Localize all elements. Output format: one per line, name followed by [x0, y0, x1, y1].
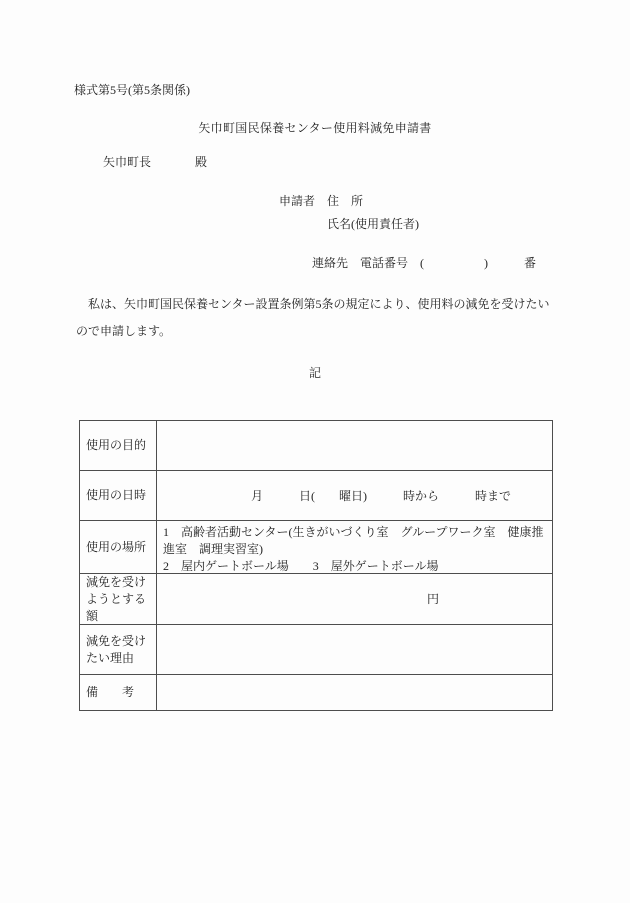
table-row-datetime: 使用の日時 月 日( 曜日) 時から 時まで: [80, 470, 552, 520]
row-label-datetime: 使用の日時: [80, 471, 157, 520]
form-number: 様式第5号(第5条関係): [74, 83, 190, 97]
table-row-place: 使用の場所 1 高齢者活動センター(生きがいづくり室 グループワーク室 健康推 …: [80, 520, 552, 573]
document-page: 様式第5号(第5条関係) 矢巾町国民保養センター使用料減免申請書 矢巾町長殿 申…: [0, 0, 630, 903]
row-label-remarks: 備 考: [80, 675, 157, 710]
row-label-text: 減免を受け: [86, 574, 156, 591]
addressee-name: 矢巾町長: [103, 155, 151, 169]
table-row-reason: 減免を受け たい理由: [80, 624, 552, 674]
record-mark: 記: [0, 366, 630, 380]
row-label-text: ようとする: [86, 591, 156, 608]
row-label-text: 備 考: [86, 684, 156, 701]
body-paragraph-line1: 私は、矢巾町国民保養センター設置条例第5条の規定により、使用料の減免を受けたい: [76, 297, 550, 311]
row-value-remarks: [157, 675, 552, 710]
row-value-reason: [157, 625, 552, 674]
row-label-text: 減免を受け: [86, 633, 156, 650]
row-value-place: 1 高齢者活動センター(生きがいづくり室 グループワーク室 健康推 進室 調理実…: [157, 521, 552, 573]
applicant-contact-label: 連絡先 電話番号 ( ) 番: [312, 256, 536, 270]
row-label-text: たい理由: [86, 650, 156, 667]
body-paragraph-line2: ので申請します。: [76, 324, 171, 338]
table-row-remarks: 備 考: [80, 674, 552, 710]
row-label-text: 使用の日時: [86, 487, 156, 504]
row-label-purpose: 使用の目的: [80, 421, 157, 470]
row-value-purpose: [157, 421, 552, 470]
row-label-text: 額: [86, 608, 156, 625]
document-title: 矢巾町国民保養センター使用料減免申請書: [0, 121, 630, 135]
applicant-name-label: 氏名(使用責任者): [327, 217, 419, 231]
table-row-amount: 減免を受け ようとする 額 円: [80, 573, 552, 624]
application-table: 使用の目的 使用の日時 月 日( 曜日) 時から 時まで 使用の場所 1 高齢者…: [79, 420, 553, 711]
addressee-line: 矢巾町長殿: [103, 155, 207, 169]
datetime-fill-in-template: 月 日( 曜日) 時から 時まで: [251, 489, 552, 503]
yen-unit-label: 円: [427, 592, 552, 606]
row-value-datetime: 月 日( 曜日) 時から 時まで: [157, 471, 552, 520]
row-label-place: 使用の場所: [80, 521, 157, 573]
row-value-amount: 円: [157, 574, 552, 624]
table-row-purpose: 使用の目的: [80, 421, 552, 470]
row-label-text: 使用の目的: [86, 437, 156, 454]
place-option-line: 進室 調理実習室): [163, 541, 552, 558]
place-option-line: 1 高齢者活動センター(生きがいづくり室 グループワーク室 健康推: [163, 524, 552, 541]
row-label-text: 使用の場所: [86, 539, 156, 556]
addressee-honorific: 殿: [195, 155, 207, 169]
row-label-reason: 減免を受け たい理由: [80, 625, 157, 674]
place-option-line: 2 屋内ゲートボール場 3 屋外ゲートボール場: [163, 558, 552, 575]
applicant-address-label: 申請者 住 所: [279, 194, 363, 208]
row-label-amount: 減免を受け ようとする 額: [80, 574, 157, 624]
